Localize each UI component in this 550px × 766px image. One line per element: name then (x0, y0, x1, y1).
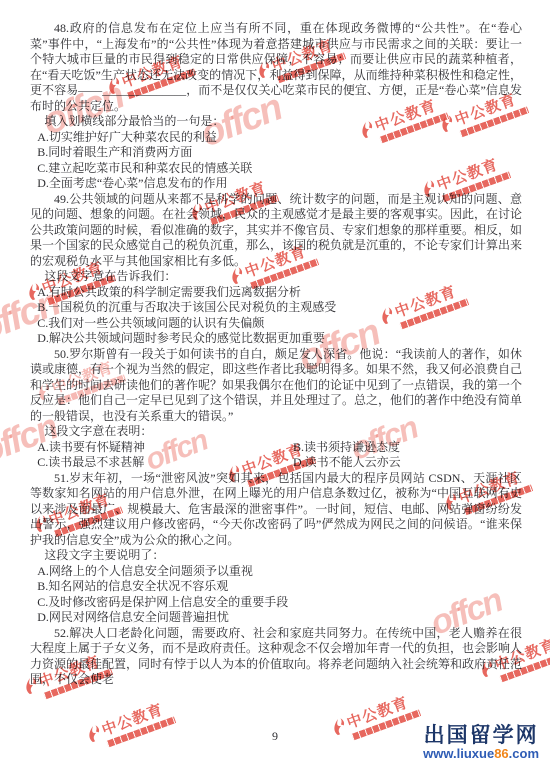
option: A.读书要有怀疑精神 (30, 440, 286, 456)
option: C.建立起吃菜市民和种菜农民的情感关联 (30, 161, 522, 177)
site-url-suffix: .com (509, 746, 539, 761)
question-body: 50.罗尔斯曾有一段关于如何读书的自白，颇足发人深省。他说：“我读前人的著作，如… (30, 347, 522, 425)
option: A.切实维护好广大种菜农民的利益 (30, 130, 522, 146)
option: B.读书须持谦逊态度 (286, 440, 522, 456)
option: B.一国税负的沉重与否取决于该国公民对税负的主观感受 (30, 300, 522, 316)
options-group: A.切实维护好广大种菜农民的利益B.同时着眼生产和消费两方面C.建立起吃菜市民和… (30, 130, 522, 192)
site-logo: 出国留学网 www.liuxue86.com (420, 723, 542, 762)
question-49: 49.公共领域的问题从来都不是科学的问题、统计数字的问题，而是主观认知的问题、意… (30, 192, 522, 347)
site-url-accent: 86 (494, 746, 508, 761)
zhonggong-watermark: 中公教育 (83, 696, 177, 754)
zhonggong-watermark-text: 中公教育 (344, 691, 411, 733)
options-group: A.有时公共政策的科学制定需要我们远离数据分析B.一国税负的沉重与否取决于该国公… (30, 285, 522, 347)
option: B.知名网站的信息安全状况不容乐观 (30, 579, 522, 595)
option: B.同时着眼生产和消费两方面 (30, 145, 522, 161)
question-stem: 这段文字意在告诉我们： (30, 269, 522, 285)
question-stem: 填入划横线部分最恰当的一句是： (30, 114, 522, 130)
question-body: 49.公共领域的问题从来都不是科学的问题、统计数字的问题，而是主观认知的问题、意… (30, 192, 522, 270)
option: D.解决公共领域问题时参考民众的感觉比数据更加重要 (30, 331, 522, 347)
question-48: 48.政府的信息发布在定位上应当有所不同，重在体现政务微博的“公共性”。在“卷心… (30, 21, 522, 192)
question-stem: 这段文字主要说明了： (30, 548, 522, 564)
site-logo-name: 出国留学网 (423, 724, 539, 747)
option: A.网络上的个人信息安全问题须予以重视 (30, 564, 522, 580)
option: C.我们对一些公共领域问题的认识有失偏颇 (30, 316, 522, 332)
site-logo-url: www.liuxue86.com (423, 747, 539, 761)
site-url-prefix: www.liuxue (423, 746, 494, 761)
option: D.全面考虑“卷心菜”信息发布的作用 (30, 176, 522, 192)
option: A.有时公共政策的科学制定需要我们远离数据分析 (30, 285, 522, 301)
question-body: 52.解决人口老龄化问题，需要政府、社会和家庭共同努力。在传统中国，老人赡养在很… (30, 626, 522, 688)
question-50: 50.罗尔斯曾有一段关于如何读书的自白，颇足发人深省。他说：“我读前人的著作，如… (30, 347, 522, 471)
option: D.网民对网络信息安全问题普遍担忧 (30, 610, 522, 626)
question-51: 51.岁末年初，一场“泄密风波”突如其来，包括国内最大的程序员网站 CSDN、天… (30, 471, 522, 626)
questions: 48.政府的信息发布在定位上应当有所不同，重在体现政务微博的“公共性”。在“卷心… (30, 21, 522, 688)
option: D.读书不能人云亦云 (286, 455, 522, 471)
question-body: 51.岁末年初，一场“泄密风波”突如其来，包括国内最大的程序员网站 CSDN、天… (30, 471, 522, 549)
question-stem: 这段文字意在表明： (30, 424, 522, 440)
option: C.及时修改密码是保护网上信息安全的重要手段 (30, 595, 522, 611)
question-body: 48.政府的信息发布在定位上应当有所不同，重在体现政务微博的“公共性”。在“卷心… (30, 21, 522, 114)
option: C.读书最忌不求甚解 (30, 455, 286, 471)
options-group: A.网络上的个人信息安全问题须予以重视B.知名网站的信息安全状况不容乐观C.及时… (30, 564, 522, 626)
question-52: 52.解决人口老龄化问题，需要政府、社会和家庭共同努力。在传统中国，老人赡养在很… (30, 626, 522, 688)
options-group: A.读书要有怀疑精神B.读书须持谦逊态度C.读书最忌不求甚解D.读书不能人云亦云 (30, 440, 522, 471)
exam-paper-page: offcnoffcnoffcnoffcnoffcnoffcnoffcnoffcn… (0, 0, 550, 766)
